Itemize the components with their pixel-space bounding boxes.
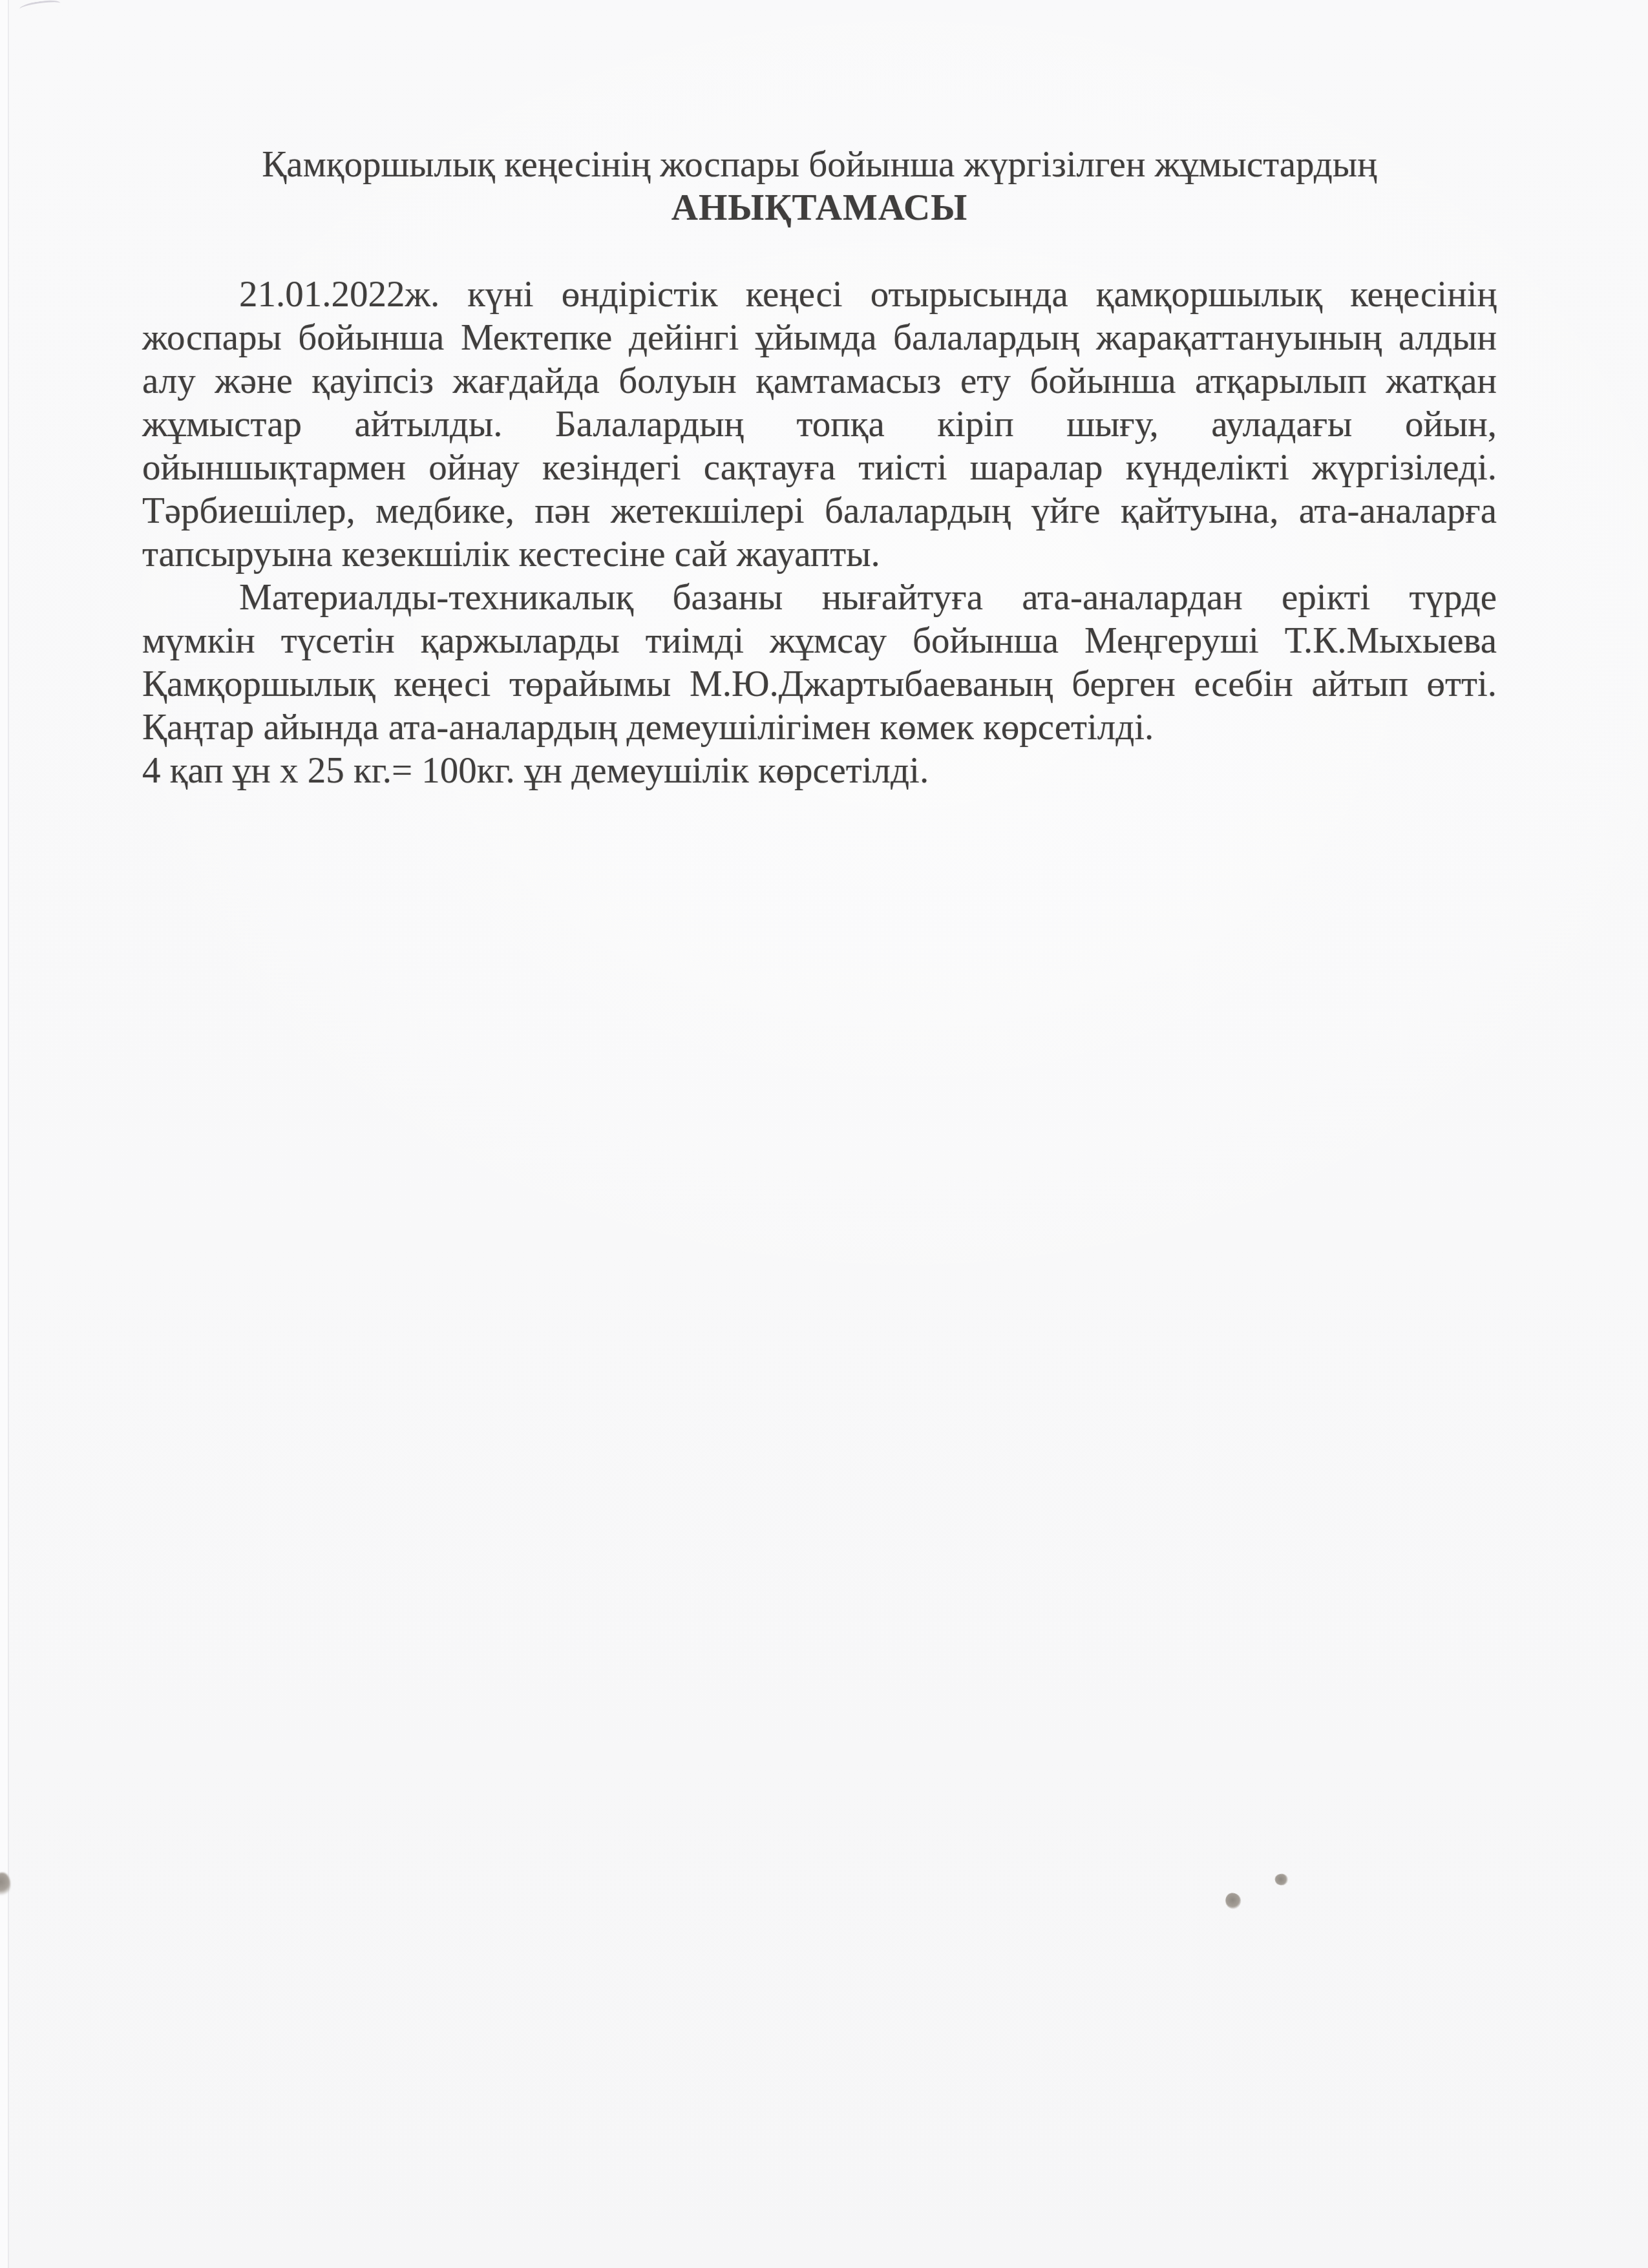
dust-speck xyxy=(1223,1891,1243,1911)
paragraph1-line: жоспары бойынша Мектепке дейінгі ұйымда … xyxy=(142,316,1497,359)
paragraph1-line: ойыншықтармен ойнау кезіндегі сақтауға т… xyxy=(142,446,1497,489)
paragraph1-line: алу және қауіпсіз жағдайда болуын қамтам… xyxy=(142,359,1497,403)
paragraph1-line: тапсыруына кезекшілік кестесіне сай жауа… xyxy=(142,532,1497,576)
corner-scan-artifact xyxy=(19,0,61,14)
scanned-document-page: Қамқоршылық кеңесінің жоспары бойынша жү… xyxy=(0,0,1648,2268)
scanner-edge-line xyxy=(8,0,9,2268)
closing-line: 4 қап ұн х 25 кг.= 100кг. ұн демеушілік … xyxy=(142,749,1497,792)
paragraph1-line: Тәрбиешілер, медбике, пән жетекшілері ба… xyxy=(142,489,1497,532)
paragraph2-line: мүмкін түсетін қаржыларды тиімді жұмсау … xyxy=(142,619,1497,662)
dust-speck xyxy=(1274,1873,1289,1887)
document-body: Қамқоршылық кеңесінің жоспары бойынша жү… xyxy=(142,143,1497,792)
paragraph2-line: Материалды-техникалық базаны нығайтуға а… xyxy=(142,576,1497,619)
paragraph1-line: 21.01.2022ж. күні өндірістік кеңесі отыр… xyxy=(142,273,1497,316)
closing-line: Қаңтар айында ата-аналардың демеушілігім… xyxy=(142,706,1497,749)
blank-line xyxy=(142,229,1497,273)
document-title-line: Қамқоршылық кеңесінің жоспары бойынша жү… xyxy=(142,143,1497,186)
scanner-edge-strip xyxy=(0,0,8,2268)
document-title-heading: АНЫҚТАМАСЫ xyxy=(142,186,1497,229)
paragraph2-line: Қамқоршылық кеңесі төрайымы М.Ю.Джартыба… xyxy=(142,662,1497,706)
paragraph1-line: жұмыстар айтылды. Балалардың топқа кіріп… xyxy=(142,403,1497,446)
